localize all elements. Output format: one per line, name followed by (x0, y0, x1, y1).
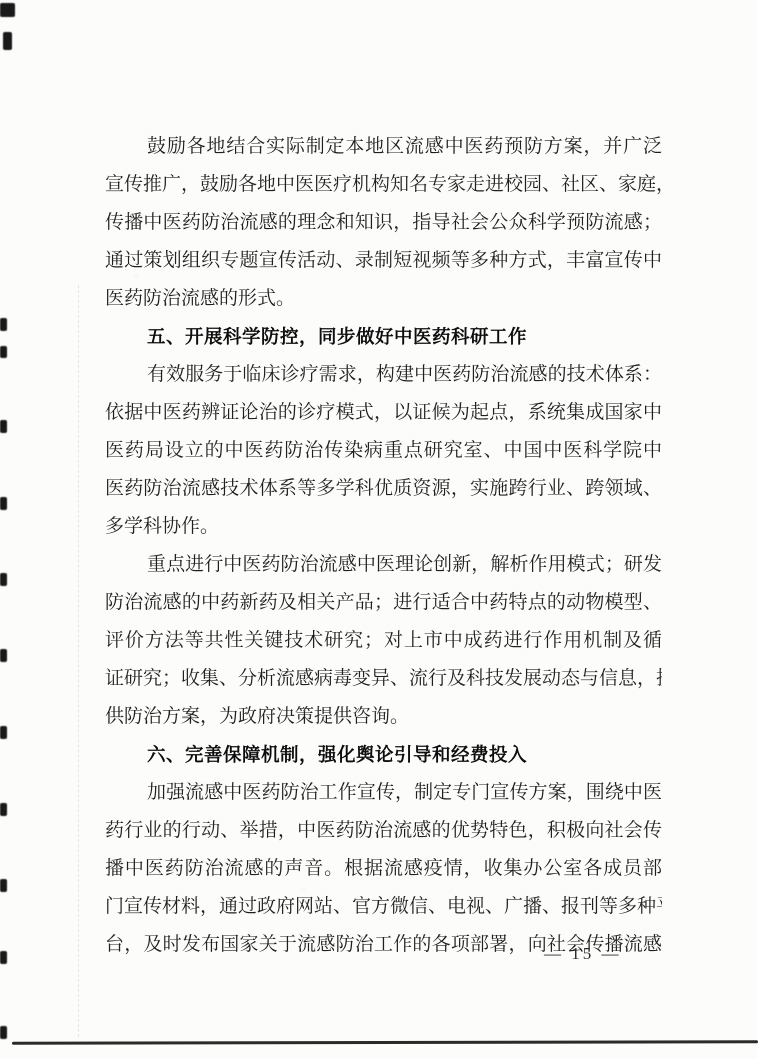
binding-mark (0, 726, 7, 739)
scan-fold-line (78, 285, 79, 1037)
binding-mark (0, 318, 7, 331)
document-content: 鼓励各地结合实际制定本地区流感中医药预防方案，并广泛宣传推广，鼓励各地中医医疗机… (105, 128, 662, 964)
text-line: 防治流感的中药新药及相关产品；进行适合中药特点的动物模型、 (105, 584, 662, 622)
binding-mark (0, 497, 7, 510)
text-line: 医药防治流感的形式。 (105, 280, 662, 318)
text-line: 评价方法等共性关键技术研究；对上市中成药进行作用机制及循 (105, 622, 662, 660)
text-line: 药行业的行动、举措，中医药防治流感的优势特色，积极向社会传 (105, 812, 662, 850)
section-heading: 五、开展科学防控，同步做好中医药科研工作 (105, 318, 662, 356)
text-line: 宣传推广，鼓励各地中医医疗机构知名专家走进校园、社区、家庭， (105, 166, 662, 204)
binding-mark (0, 573, 7, 586)
binding-mark (0, 1026, 7, 1039)
binding-mark (0, 803, 7, 816)
page-number: — 15 — (544, 944, 622, 964)
binding-mark (0, 879, 7, 892)
text-line: 通过策划组织专题宣传活动、录制短视频等多种方式，丰富宣传中 (105, 242, 662, 280)
text-line: 重点进行中医药防治流感中医理论创新，解析作用模式；研发 (105, 546, 662, 584)
text-line: 传播中医药防治流感的理念和知识，指导社会公众科学预防流感； (105, 204, 662, 242)
scanned-document-page: 鼓励各地结合实际制定本地区流感中医药预防方案，并广泛宣传推广，鼓励各地中医医疗机… (0, 0, 758, 1059)
binding-mark (0, 951, 7, 964)
binding-mark (0, 3, 15, 17)
text-line: 医药防治流感技术体系等多学科优质资源，实施跨行业、跨领域、 (105, 470, 662, 508)
text-line: 有效服务于临床诊疗需求，构建中医药防治流感的技术体系： (105, 356, 662, 394)
text-line: 多学科协作。 (105, 508, 662, 546)
text-line: 证研究；收集、分析流感病毒变异、流行及科技发展动态与信息，提 (105, 660, 662, 698)
scan-edge-line (12, 1040, 758, 1045)
text-line: 医药局设立的中医药防治传染病重点研究室、中国中医科学院中 (105, 432, 662, 470)
text-line: 加强流感中医药防治工作宣传，制定专门宣传方案，围绕中医 (105, 774, 662, 812)
section-heading: 六、完善保障机制，强化舆论引导和经费投入 (105, 736, 662, 774)
text-line: 鼓励各地结合实际制定本地区流感中医药预防方案，并广泛 (105, 128, 662, 166)
binding-mark (3, 32, 12, 50)
binding-mark (0, 420, 7, 433)
text-line: 播中医药防治流感的声音。根据流感疫情，收集办公室各成员部 (105, 850, 662, 888)
text-line: 门宣传材料，通过政府网站、官方微信、电视、广播、报刊等多种平 (105, 888, 662, 926)
binding-mark (0, 649, 7, 662)
text-line: 供防治方案，为政府决策提供咨询。 (105, 698, 662, 736)
text-line: 依据中医药辨证论治的诊疗模式，以证候为起点，系统集成国家中 (105, 394, 662, 432)
binding-mark (0, 346, 7, 358)
